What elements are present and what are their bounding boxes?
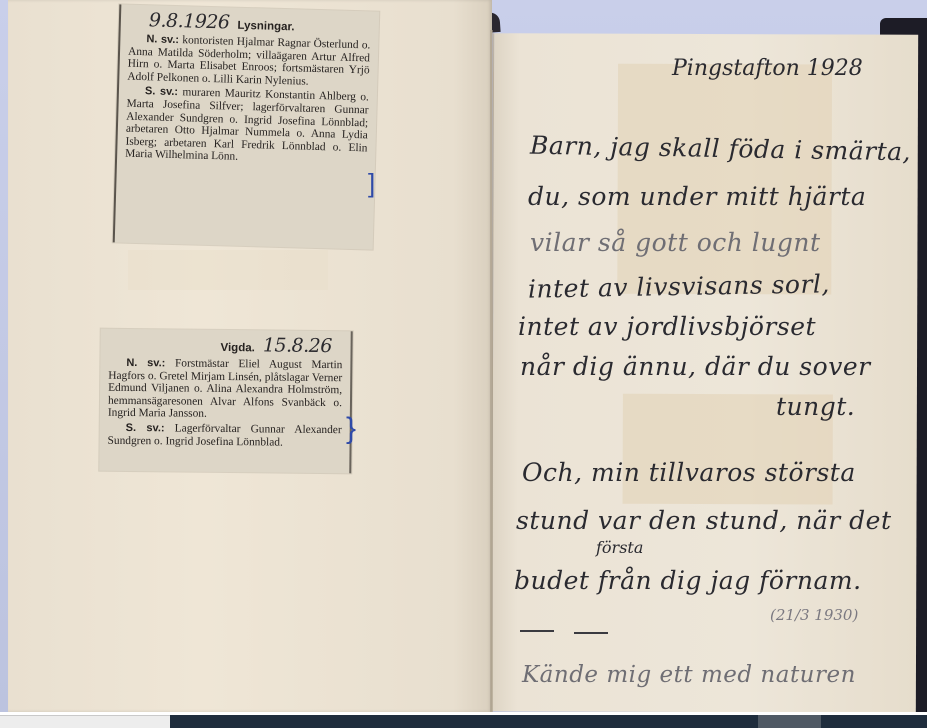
newspaper-clipping-lysningar: 9.8.1926 Lysningar. N. sv.: kontoristen … [113, 4, 380, 249]
clipping-paragraph: S. sv.: Lagerförvaltar Gunnar Alexander … [108, 422, 342, 450]
handwritten-line: vilar så gott och lugnt [530, 228, 821, 257]
clipping-paragraph: N. sv.: kontoristen Hjalmar Ragnar Öster… [127, 33, 370, 90]
clipping-paragraph: S. sv.: muraren Mauritz Konstantin Ahlbe… [125, 85, 369, 167]
book-gutter [490, 30, 493, 712]
taskbar-light-segment [0, 715, 170, 728]
handwritten-date: 15.8.26 [263, 334, 332, 357]
blue-bracket-mark: } [346, 412, 356, 446]
paragraph-label: S. sv.: [126, 422, 165, 434]
handwritten-date-note: (21/3 1930) [770, 606, 858, 624]
handwritten-title: Pingstafton 1928 [672, 56, 863, 81]
handwritten-line: intet av jordlivsbjörset [518, 312, 816, 341]
paragraph-label: N. sv.: [146, 33, 179, 46]
paragraph-text: muraren Mauritz Konstantin Ahlberg o. Ma… [125, 87, 369, 164]
clipping-heading: Lysningar. [237, 20, 294, 34]
handwritten-date: 9.8.1926 [149, 9, 230, 33]
handwritten-insertion: första [596, 538, 643, 557]
paragraph-label: S. sv.: [145, 86, 178, 99]
handwritten-line: stund var den stund, när det [516, 506, 892, 535]
dash-mark [574, 632, 608, 634]
clipping-body: N. sv.: Forstmästar Eliel August Martin … [100, 355, 351, 450]
handwritten-line: budet från dig jag förnam. [514, 566, 862, 595]
page-stain [617, 64, 832, 295]
page-stain [128, 250, 328, 290]
newspaper-clipping-vigda: Vigda. 15.8.26 N. sv.: Forstmästar Eliel… [99, 329, 352, 474]
clipping-heading: Vigda. [220, 342, 254, 354]
handwritten-line: Och, min tillvaros största [522, 458, 856, 487]
handwritten-line: du, som under mitt hjärta [528, 182, 866, 211]
handwritten-line: tungt. [776, 392, 855, 421]
taskbar-strip [0, 712, 927, 728]
paragraph-label: N. sv.: [126, 357, 165, 369]
clipping-header: Vigda. 15.8.26 [100, 329, 350, 358]
dash-mark [520, 630, 554, 632]
photo-scene: 9.8.1926 Lysningar. N. sv.: kontoristen … [0, 0, 927, 712]
handwritten-line: intet av livsvisans sorl, [528, 269, 830, 303]
clipping-paragraph: N. sv.: Forstmästar Eliel August Martin … [108, 357, 343, 422]
handwritten-line: når dig ännu, där du sover [520, 352, 871, 381]
blue-bracket-mark: ] [368, 168, 375, 199]
taskbar-active-segment[interactable] [758, 715, 821, 728]
clipping-body: N. sv.: kontoristen Hjalmar Ragnar Öster… [117, 30, 379, 167]
handwritten-line: Kände mig ett med naturen [522, 662, 856, 688]
